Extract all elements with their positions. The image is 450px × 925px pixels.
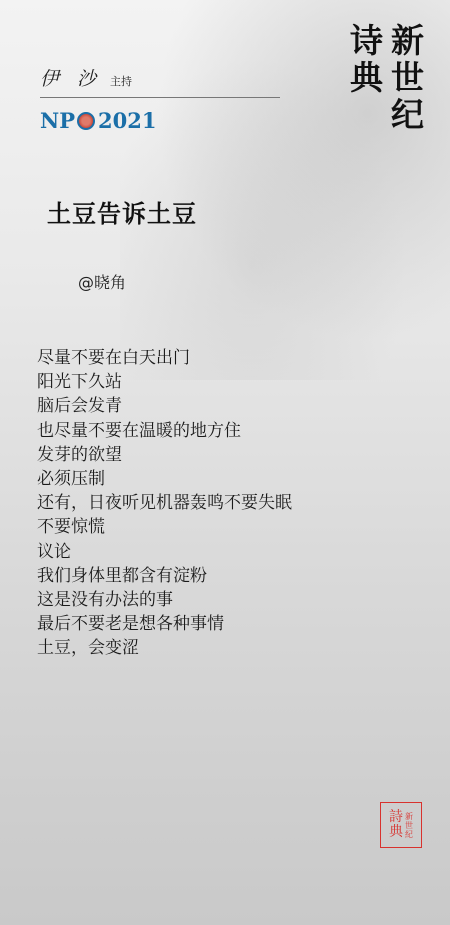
poem-line: 我们身体里都含有淀粉: [37, 564, 292, 588]
divider: [40, 97, 280, 98]
host-name: 伊 沙: [40, 64, 102, 91]
seal-char: 紀: [405, 830, 413, 839]
seal-char: 詩: [389, 810, 403, 825]
brand-char: 新: [391, 22, 424, 59]
poem-line: 土豆，会变涩: [37, 636, 292, 660]
poem-line: 还有，日夜听见机器轰鸣不要失眠: [37, 491, 292, 515]
poem-line: 阳光下久站: [37, 370, 292, 394]
poem-line: 这是没有办法的事: [37, 588, 292, 612]
poem-line: 发芽的欲望: [37, 443, 292, 467]
poem-line: 必须压制: [37, 467, 292, 491]
brand-char: 诗: [350, 22, 383, 59]
poem-title: 土豆告诉土豆: [47, 194, 197, 229]
npo-prefix: NP: [40, 108, 75, 133]
poem-line: 议论: [37, 540, 292, 564]
npo-year: 2021: [98, 108, 156, 133]
npo-emblem-icon: [77, 112, 95, 130]
poem-body: 尽量不要在白天出门 阳光下久站 脑后会发青 也尽量不要在温暖的地方住 发芽的欲望…: [37, 346, 292, 661]
seal-char: 典: [389, 825, 403, 840]
poem-line: 尽量不要在白天出门: [37, 346, 292, 370]
brand-char: 世: [391, 59, 424, 96]
red-seal-stamp: 詩 典 新 世 紀: [380, 802, 422, 848]
brand-col-1: 诗 典: [350, 22, 383, 133]
poem-line: 最后不要老是想各种事情: [37, 612, 292, 636]
poem-author: @晓角: [78, 270, 126, 293]
seal-big-chars: 詩 典: [389, 810, 403, 840]
brand-char: 纪: [391, 96, 424, 133]
seal-char: 新: [405, 812, 413, 821]
brand-col-2: 新 世 纪: [391, 22, 424, 133]
npo-logo-2021: NP 2021: [40, 108, 156, 133]
poem-line: 不要惊慌: [37, 515, 292, 539]
brand-char: 典: [350, 59, 383, 96]
host-line: 伊 沙 主持: [40, 64, 132, 91]
brand-title: 诗 典 新 世 纪: [350, 22, 424, 133]
poem-line: 也尽量不要在温暖的地方住: [37, 419, 292, 443]
host-role: 主持: [110, 73, 132, 89]
poem-line: 脑后会发青: [37, 394, 292, 418]
seal-small-chars: 新 世 紀: [405, 812, 413, 839]
seal-char: 世: [405, 821, 413, 830]
